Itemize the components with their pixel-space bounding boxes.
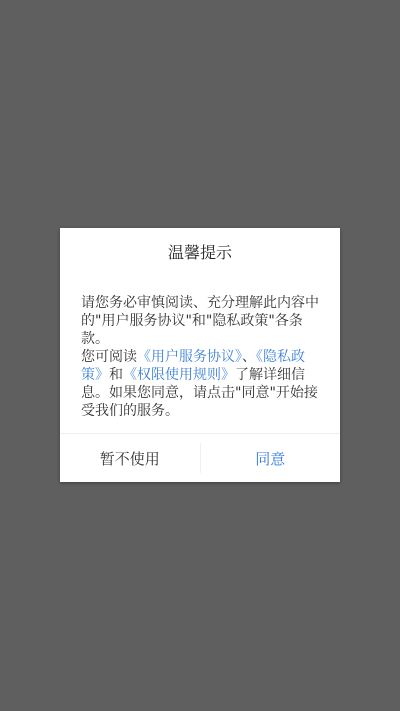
privacy-consent-dialog: 温馨提示 请您务必审慎阅读、充分理解此内容中的"用户服务协议"和"隐私政策"各条…: [60, 228, 340, 482]
dialog-body: 请您务必审慎阅读、充分理解此内容中的"用户服务协议"和"隐私政策"各条款。 您可…: [81, 294, 325, 420]
and-text: 和: [109, 367, 123, 383]
not-now-button[interactable]: 暂不使用: [60, 434, 200, 482]
agree-button[interactable]: 同意: [201, 434, 341, 482]
dialog-button-bar: 暂不使用 同意: [60, 434, 340, 482]
consent-paragraph-1: 请您务必审慎阅读、充分理解此内容中的"用户服务协议"和"隐私政策"各条款。: [81, 294, 325, 348]
read-prefix-text: 您可阅读: [81, 349, 137, 365]
permission-rules-link[interactable]: 《权限使用规则》: [123, 367, 235, 383]
user-agreement-link[interactable]: 《用户服务协议》: [137, 349, 242, 365]
separator-text: 、: [242, 349, 256, 365]
dialog-title: 温馨提示: [60, 241, 340, 265]
consent-paragraph-2: 您可阅读《用户服务协议》、《隐私政策》和《权限使用规则》了解详细信息。如果您同意…: [81, 348, 325, 420]
